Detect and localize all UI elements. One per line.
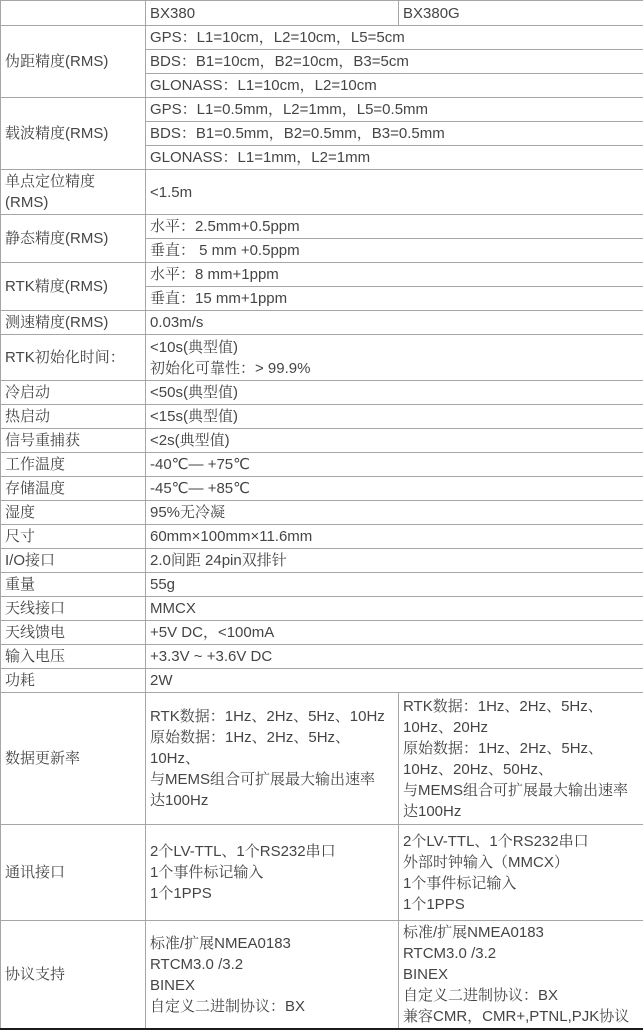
static-acc-vertical-value: 垂直： 5 mm +0.5ppm	[146, 239, 643, 263]
carrier-glonass-value: GLONASS：L1=1mm，L2=1mm	[146, 146, 643, 170]
reacquisition-value: <2s(典型值)	[146, 429, 643, 453]
table-header-row: BX380 BX380G	[1, 1, 643, 26]
storage-temp-label: 存储温度	[1, 477, 146, 501]
table-row: 数据更新率 RTK数据：1Hz、2Hz、5Hz、10Hz 原始数据：1Hz、2H…	[1, 693, 643, 825]
carrier-gps-value: GPS：L1=0.5mm，L2=1mm，L5=0.5mm	[146, 98, 643, 122]
rtk-acc-vertical-value: 垂直：15 mm+1ppm	[146, 287, 643, 311]
comm-interface-bx380-value: 2个LV-TTL、1个RS232串口 1个事件标记输入 1个1PPS	[146, 825, 399, 921]
table-row: I/O接口 2.0间距 24pin双排针	[1, 549, 643, 573]
cold-start-label: 冷启动	[1, 381, 146, 405]
antenna-connector-value: MMCX	[146, 597, 643, 621]
reacquisition-label: 信号重捕获	[1, 429, 146, 453]
protocol-support-label: 协议支持	[1, 921, 146, 1030]
table-row: 热启动 <15s(典型值)	[1, 405, 643, 429]
rtk-acc-label: RTK精度(RMS)	[1, 263, 146, 311]
protocol-support-bx380g-value: 标准/扩展NMEA0183 RTCM3.0 /3.2 BINEX 自定义二进制协…	[399, 921, 643, 1030]
table-row: 湿度 95%无冷凝	[1, 501, 643, 525]
cold-start-value: <50s(典型值)	[146, 381, 643, 405]
header-model-bx380g: BX380G	[399, 1, 643, 26]
table-row: 工作温度 -40℃— +75℃	[1, 453, 643, 477]
table-row: 静态精度(RMS) 水平：2.5mm+0.5ppm	[1, 215, 643, 239]
data-update-rate-bx380-value: RTK数据：1Hz、2Hz、5Hz、10Hz 原始数据：1Hz、2Hz、5Hz、…	[146, 693, 399, 825]
io-interface-label: I/O接口	[1, 549, 146, 573]
pseudorange-glonass-value: GLONASS：L1=10cm，L2=10cm	[146, 74, 643, 98]
comm-interface-bx380g-value: 2个LV-TTL、1个RS232串口 外部时钟输入（MMCX） 1个事件标记输入…	[399, 825, 643, 921]
table-row: 存储温度 -45℃— +85℃	[1, 477, 643, 501]
table-row: 载波精度(RMS) GPS：L1=0.5mm，L2=1mm，L5=0.5mm	[1, 98, 643, 122]
header-empty-cell	[1, 1, 146, 26]
weight-label: 重量	[1, 573, 146, 597]
table-row: 输入电压 +3.3V ~ +3.6V DC	[1, 645, 643, 669]
table-row: 测速精度(RMS) 0.03m/s	[1, 311, 643, 335]
data-update-rate-bx380g-value: RTK数据：1Hz、2Hz、5Hz、 10Hz、20Hz 原始数据：1Hz、2H…	[399, 693, 643, 825]
table-row: 天线馈电 +5V DC，<100mA	[1, 621, 643, 645]
input-voltage-label: 输入电压	[1, 645, 146, 669]
table-row: 伪距精度(RMS) GPS：L1=10cm，L2=10cm，L5=5cm	[1, 26, 643, 50]
dimensions-value: 60mm×100mm×11.6mm	[146, 525, 643, 549]
antenna-feed-value: +5V DC，<100mA	[146, 621, 643, 645]
pseudorange-gps-value: GPS：L1=10cm，L2=10cm，L5=5cm	[146, 26, 643, 50]
rtk-init-label: RTK初始化时间：	[1, 335, 146, 381]
header-model-bx380: BX380	[146, 1, 399, 26]
hot-start-value: <15s(典型值)	[146, 405, 643, 429]
table-row: 冷启动 <50s(典型值)	[1, 381, 643, 405]
antenna-feed-label: 天线馈电	[1, 621, 146, 645]
velocity-value: 0.03m/s	[146, 311, 643, 335]
table-row: 尺寸 60mm×100mm×11.6mm	[1, 525, 643, 549]
power-label: 功耗	[1, 669, 146, 693]
power-value: 2W	[146, 669, 643, 693]
table-row: 单点定位精度 (RMS) <1.5m	[1, 170, 643, 215]
rtk-acc-horizontal-value: 水平：8 mm+1ppm	[146, 263, 643, 287]
storage-temp-value: -45℃— +85℃	[146, 477, 643, 501]
antenna-connector-label: 天线接口	[1, 597, 146, 621]
rtk-init-value: <10s(典型值) 初始化可靠性：> 99.9%	[146, 335, 643, 381]
table-row: 通讯接口 2个LV-TTL、1个RS232串口 1个事件标记输入 1个1PPS …	[1, 825, 643, 921]
dimensions-label: 尺寸	[1, 525, 146, 549]
static-acc-horizontal-value: 水平：2.5mm+0.5ppm	[146, 215, 643, 239]
single-point-value: <1.5m	[146, 170, 643, 215]
pseudorange-bds-value: BDS：B1=10cm，B2=10cm，B3=5cm	[146, 50, 643, 74]
humidity-value: 95%无冷凝	[146, 501, 643, 525]
table-row: 信号重捕获 <2s(典型值)	[1, 429, 643, 453]
table-row: RTK精度(RMS) 水平：8 mm+1ppm	[1, 263, 643, 287]
table-row: 天线接口 MMCX	[1, 597, 643, 621]
io-interface-value: 2.0间距 24pin双排针	[146, 549, 643, 573]
input-voltage-value: +3.3V ~ +3.6V DC	[146, 645, 643, 669]
static-acc-label: 静态精度(RMS)	[1, 215, 146, 263]
pseudorange-label: 伪距精度(RMS)	[1, 26, 146, 98]
table-row: RTK初始化时间： <10s(典型值) 初始化可靠性：> 99.9%	[1, 335, 643, 381]
carrier-bds-value: BDS：B1=0.5mm，B2=0.5mm，B3=0.5mm	[146, 122, 643, 146]
protocol-support-bx380-value: 标准/扩展NMEA0183 RTCM3.0 /3.2 BINEX 自定义二进制协…	[146, 921, 399, 1030]
hot-start-label: 热启动	[1, 405, 146, 429]
comm-interface-label: 通讯接口	[1, 825, 146, 921]
data-update-rate-label: 数据更新率	[1, 693, 146, 825]
single-point-label: 单点定位精度 (RMS)	[1, 170, 146, 215]
operating-temp-label: 工作温度	[1, 453, 146, 477]
carrier-label: 载波精度(RMS)	[1, 98, 146, 170]
table-row: 功耗 2W	[1, 669, 643, 693]
spec-comparison-table: BX380 BX380G 伪距精度(RMS) GPS：L1=10cm，L2=10…	[0, 0, 643, 1030]
table-row: 重量 55g	[1, 573, 643, 597]
table-row: 协议支持 标准/扩展NMEA0183 RTCM3.0 /3.2 BINEX 自定…	[1, 921, 643, 1030]
humidity-label: 湿度	[1, 501, 146, 525]
velocity-label: 测速精度(RMS)	[1, 311, 146, 335]
operating-temp-value: -40℃— +75℃	[146, 453, 643, 477]
weight-value: 55g	[146, 573, 643, 597]
